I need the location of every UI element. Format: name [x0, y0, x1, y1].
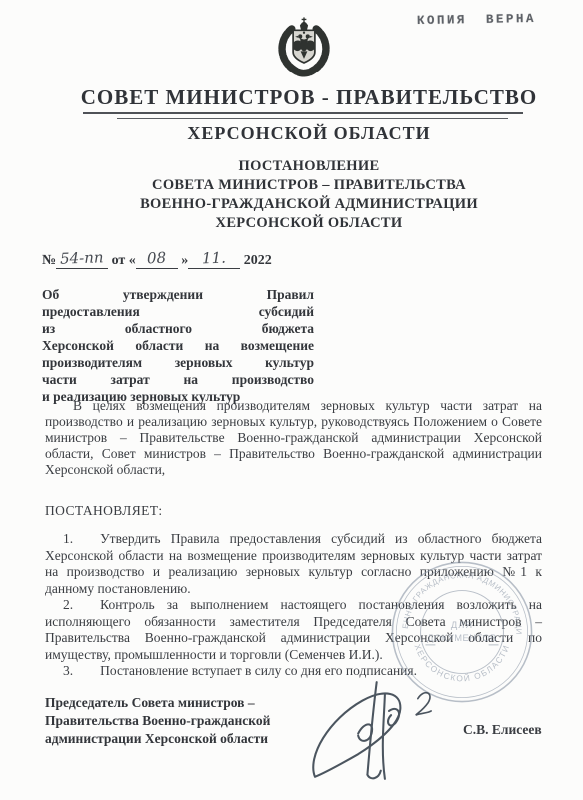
kherson-coat-of-arms-icon [270, 15, 338, 81]
resolution-items: 1.Утвердить Правила предоставления субси… [45, 531, 542, 680]
item-number: 2. [63, 597, 73, 612]
subject-line: предоставления субсидий [42, 303, 314, 320]
subject-line: Об утверждении Правил [42, 286, 314, 303]
organization-header: СОВЕТ МИНИСТРОВ - ПРАВИТЕЛЬСТВО ХЕРСОНСК… [55, 85, 563, 144]
doc-type-line: ВОЕННО-ГРАЖДАНСКОЙ АДМИНИСТРАЦИИ [55, 195, 563, 214]
subject-line: производителям зерновых культур [42, 354, 314, 371]
scanned-decree-document: КОПИЯ ВЕРНА СОВЕТ МИНИСТРОВ - ПРАВИТЕЛЬС… [0, 0, 583, 800]
handwritten-signature [298, 676, 443, 784]
intro-paragraph: В целях возмещения производителям зернов… [45, 398, 542, 478]
decree-number-handwritten: 54-пп [60, 248, 104, 268]
org-name-line2: ХЕРСОНСКОЙ ОБЛАСТИ [55, 123, 563, 144]
subject-line: Херсонской области на возмещение [42, 337, 314, 354]
item-number: 1. [63, 531, 73, 546]
org-name-line1: СОВЕТ МИНИСТРОВ - ПРАВИТЕЛЬСТВО [55, 85, 563, 110]
day-field: 08 [136, 249, 178, 269]
number-date-line: №54-пп от «08 »11. 2022 [42, 249, 272, 269]
signer-name: С.В. Елисеев [463, 722, 542, 738]
decree-subject: Об утверждении Правил предоставления суб… [42, 286, 314, 405]
item-number: 3. [63, 663, 73, 678]
month-field: 11. [188, 249, 240, 269]
header-rule-bottom [117, 118, 508, 119]
signer-position-line: администрации Херсонской области [45, 730, 315, 748]
quote-close-label: » [181, 253, 188, 268]
document-type-heading: ПОСТАНОВЛЕНИЕ СОВЕТА МИНИСТРОВ – ПРАВИТЕ… [55, 157, 563, 233]
resolution-word: ПОСТАНОВЛЯЕТ: [45, 503, 163, 519]
item-text: Контроль за выполнением настоящего поста… [45, 597, 542, 662]
decree-number-field: 54-пп [56, 249, 108, 269]
signer-position-line: Председатель Совета министров – [45, 694, 315, 712]
day-handwritten: 08 [147, 249, 167, 268]
signer-position-line: Правительства Военно-гражданской [45, 712, 315, 730]
signer-position-title: Председатель Совета министров – Правител… [45, 694, 315, 748]
doc-type-line: ПОСТАНОВЛЕНИЕ [55, 157, 563, 176]
number-sign-label: № [42, 253, 56, 268]
year-label: 2022 [244, 253, 272, 268]
subject-line: из областного бюджета [42, 320, 314, 337]
item-text: Утвердить Правила предоставления субсиди… [45, 531, 542, 596]
resolution-item: 2.Контроль за выполнением настоящего пос… [45, 597, 542, 663]
doc-type-line: СОВЕТА МИНИСТРОВ – ПРАВИТЕЛЬСТВА [55, 176, 563, 195]
date-prefix-label: от « [112, 253, 136, 268]
resolution-item: 1.Утвердить Правила предоставления субси… [45, 531, 542, 597]
subject-line: части затрат на производство [42, 371, 314, 388]
resolution-item: 3.Постановление вступает в силу со дня е… [45, 663, 542, 680]
header-rule-top [83, 112, 523, 114]
doc-type-line: ХЕРСОНСКОЙ ОБЛАСТИ [55, 214, 563, 233]
month-handwritten: 11. [202, 249, 226, 268]
copy-verified-stamp: КОПИЯ ВЕРНА [417, 12, 536, 28]
